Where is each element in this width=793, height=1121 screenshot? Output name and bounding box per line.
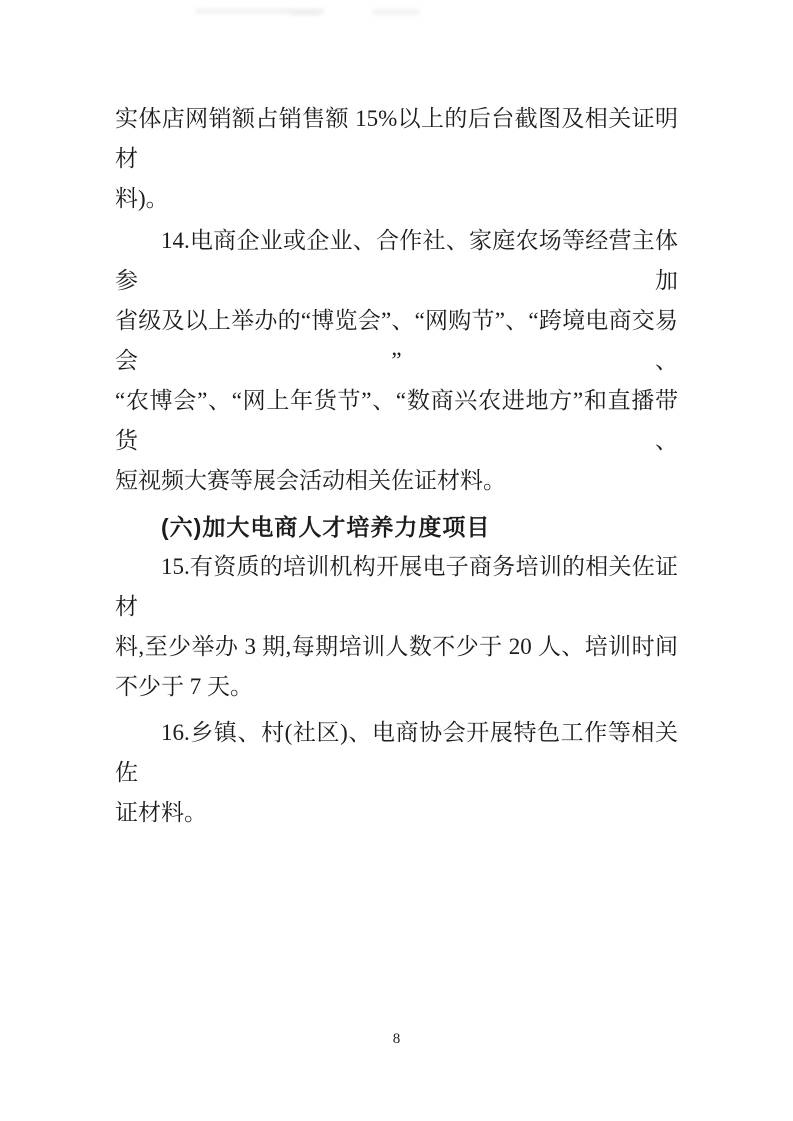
paragraph-item15: 15.有资质的培训机构开展电子商务培训的相关佐证材 料,至少举办 3 期,每期培… (115, 547, 678, 707)
paragraph-item14: 14.电商企业或企业、合作社、家庭农场等经营主体参加 省级及以上举办的“博览会”… (115, 221, 678, 501)
paragraph-item16: 16.乡镇、村(社区)、电商协会开展特色工作等相关佐 证材料。 (115, 713, 678, 833)
scan-artifact (372, 10, 420, 14)
document-page: 实体店网销额占销售额 15%以上的后台截图及相关证明材 料)。 14.电商企业或… (0, 0, 793, 1121)
text-line: 不少于 7 天。 (115, 667, 678, 707)
section-heading: (六)加大电商人才培养力度项目 (115, 507, 678, 547)
text-line: 证材料。 (115, 793, 678, 833)
text-line: 14.电商企业或企业、合作社、家庭农场等经营主体参加 (115, 221, 678, 301)
paragraph-item13-continuation: 实体店网销额占销售额 15%以上的后台截图及相关证明材 料)。 (115, 99, 678, 219)
text-line: 实体店网销额占销售额 15%以上的后台截图及相关证明材 (115, 99, 678, 179)
text-line: 省级及以上举办的“博览会”、“网购节”、“跨境电商交易会”、 (115, 301, 678, 381)
text-line: “农博会”、“网上年货节”、“数商兴农进地方”和直播带货、 (115, 381, 678, 461)
text-line: 料,至少举办 3 期,每期培训人数不少于 20 人、培训时间 (115, 627, 678, 667)
page-number: 8 (0, 1028, 793, 1050)
text-line: 短视频大赛等展会活动相关佐证材料。 (115, 461, 678, 501)
document-body: 实体店网销额占销售额 15%以上的后台截图及相关证明材 料)。 14.电商企业或… (115, 99, 678, 833)
scan-artifact (290, 11, 320, 15)
text-line: 16.乡镇、村(社区)、电商协会开展特色工作等相关佐 (115, 713, 678, 793)
text-line: 15.有资质的培训机构开展电子商务培训的相关佐证材 (115, 547, 678, 627)
text-line: 料)。 (115, 179, 678, 219)
